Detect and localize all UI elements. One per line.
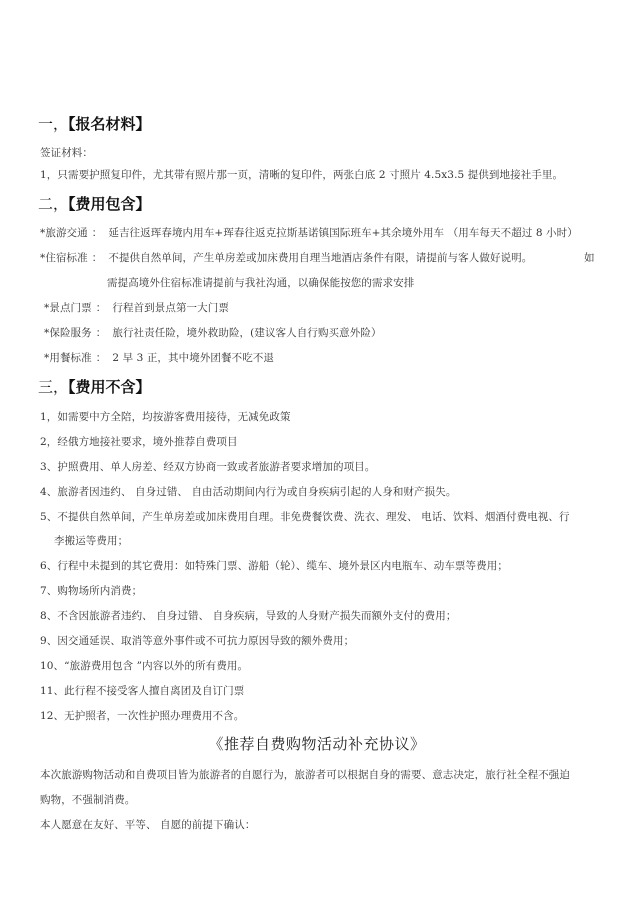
agreement-paragraph-1-continuation: 购物，不强制消费。 bbox=[40, 793, 135, 807]
item-text: 延吉往返珲春境内用车+珲春往返克拉斯基诺镇国际班车+其余境外用车 （用车每天不超… bbox=[108, 227, 578, 239]
item-label: *住宿标准 bbox=[40, 251, 88, 265]
excluded-item-10: 10、“旅游费用包含 ”内容以外的所有费用。 bbox=[40, 659, 248, 673]
section-heading-cost-included: 二，【费用包含】 bbox=[38, 194, 151, 214]
excluded-item-6: 6、行程中未提到的其它费用：如特殊门票、游船（轮）、缆车、境外景区内电瓶车、动车… bbox=[40, 559, 508, 573]
item-label: *用餐标准 bbox=[44, 351, 92, 365]
item-label: *景点门票 bbox=[44, 301, 92, 315]
heading-title: 【费用不含】 bbox=[68, 378, 151, 396]
excluded-item-5-continuation: 李搬运等费用； bbox=[54, 534, 128, 548]
included-item-insurance: *保险服务：旅行社责任险，境外救助险，(建议客人自行购买意外险） bbox=[44, 326, 382, 340]
section-heading-registration: 一，【报名材料】 bbox=[38, 114, 151, 134]
item-separator: ： bbox=[96, 326, 107, 340]
item-separator: ： bbox=[96, 301, 107, 315]
section-heading-cost-excluded: 三，【费用不含】 bbox=[38, 377, 151, 397]
registration-item-1: 1，只需要护照复印件，尤其带有照片那一页，清晰的复印件，两张白底 2 寸照片 4… bbox=[40, 168, 563, 182]
item-separator: ： bbox=[92, 251, 103, 265]
excluded-item-11: 11、此行程不接受客人擅自离团及自订门票 bbox=[40, 684, 244, 698]
visa-materials-label: 签证材料： bbox=[40, 146, 93, 160]
excluded-item-12: 12、无护照者，一次性护照办理费用不含。 bbox=[40, 709, 244, 723]
included-item-transport: *旅游交通：延吉往返珲春境内用车+珲春往返克拉斯基诺镇国际班车+其余境外用车 （… bbox=[40, 226, 578, 240]
item-text: 2 早 3 正，其中境外团餐不吃不退 bbox=[112, 352, 274, 364]
heading-title: 【报名材料】 bbox=[68, 115, 151, 133]
excluded-item-9: 9、因交通延误、取消等意外事件或不可抗力原因导致的额外费用； bbox=[40, 634, 354, 648]
excluded-item-1: 1，如需要中方全陪，均按游客费用接待，无减免政策 bbox=[40, 410, 291, 424]
agreement-confirmation: 本人愿意在友好、平等、 自愿的前提下确认： bbox=[40, 818, 255, 832]
excluded-item-8: 8、不含因旅游者违约、 自身过错、 自身疾病，导致的人身财产损失而额外支付的费用… bbox=[40, 609, 456, 623]
accommodation-trailing-char: 如 bbox=[584, 251, 595, 265]
included-item-meals: *用餐标准：2 早 3 正，其中境外团餐不吃不退 bbox=[44, 351, 274, 365]
item-label: *保险服务 bbox=[44, 326, 92, 340]
included-item-accommodation: *住宿标准：不提供自然单间，产生单房差或加床费用自理当地酒店条件有限，请提前与客… bbox=[40, 251, 532, 265]
heading-number: 三， bbox=[38, 378, 68, 396]
heading-title: 【费用包含】 bbox=[68, 195, 151, 213]
excluded-item-2: 2，经俄方地接社要求，境外推荐自费项目 bbox=[40, 435, 238, 449]
item-text: 行程首到景点第一大门票 bbox=[112, 302, 229, 314]
item-separator: ： bbox=[96, 351, 107, 365]
agreement-title: 《推荐自费购物活动补充协议》 bbox=[0, 734, 634, 754]
excluded-item-4: 4、旅游者因违约、 自身过错、 自由活动期间内行为或自身疾病引起的人身和财产损失… bbox=[40, 485, 456, 499]
excluded-item-5: 5、不提供自然单间，产生单房差或加床费用自理。非免费餐饮费、洗衣、理发、 电话、… bbox=[40, 510, 570, 524]
heading-number: 一， bbox=[38, 115, 68, 133]
excluded-item-3: 3、护照费用、单人房差、经双方协商一致或者旅游者要求增加的项目。 bbox=[40, 460, 375, 474]
item-text: 旅行社责任险，境外救助险，(建议客人自行购买意外险） bbox=[112, 327, 381, 339]
heading-number: 二， bbox=[38, 195, 68, 213]
agreement-paragraph-1: 本次旅游购物活动和自费项目皆为旅游者的自愿行为，旅游者可以根据自身的需要、意志决… bbox=[40, 768, 570, 782]
document-page: 一，【报名材料】 签证材料： 1，只需要护照复印件，尤其带有照片那一页，清晰的复… bbox=[0, 0, 634, 898]
item-label: *旅游交通 bbox=[40, 226, 88, 240]
excluded-item-7: 7、购物场所内消费； bbox=[40, 584, 142, 598]
accommodation-continuation: 需提高境外住宿标准请提前与我社沟通，以确保能按您的需求安排 bbox=[107, 276, 414, 290]
item-text: 不提供自然单间，产生单房差或加床费用自理当地酒店条件有限，请提前与客人做好说明。 bbox=[108, 252, 532, 264]
included-item-tickets: *景点门票：行程首到景点第一大门票 bbox=[44, 301, 229, 315]
item-separator: ： bbox=[92, 226, 103, 240]
